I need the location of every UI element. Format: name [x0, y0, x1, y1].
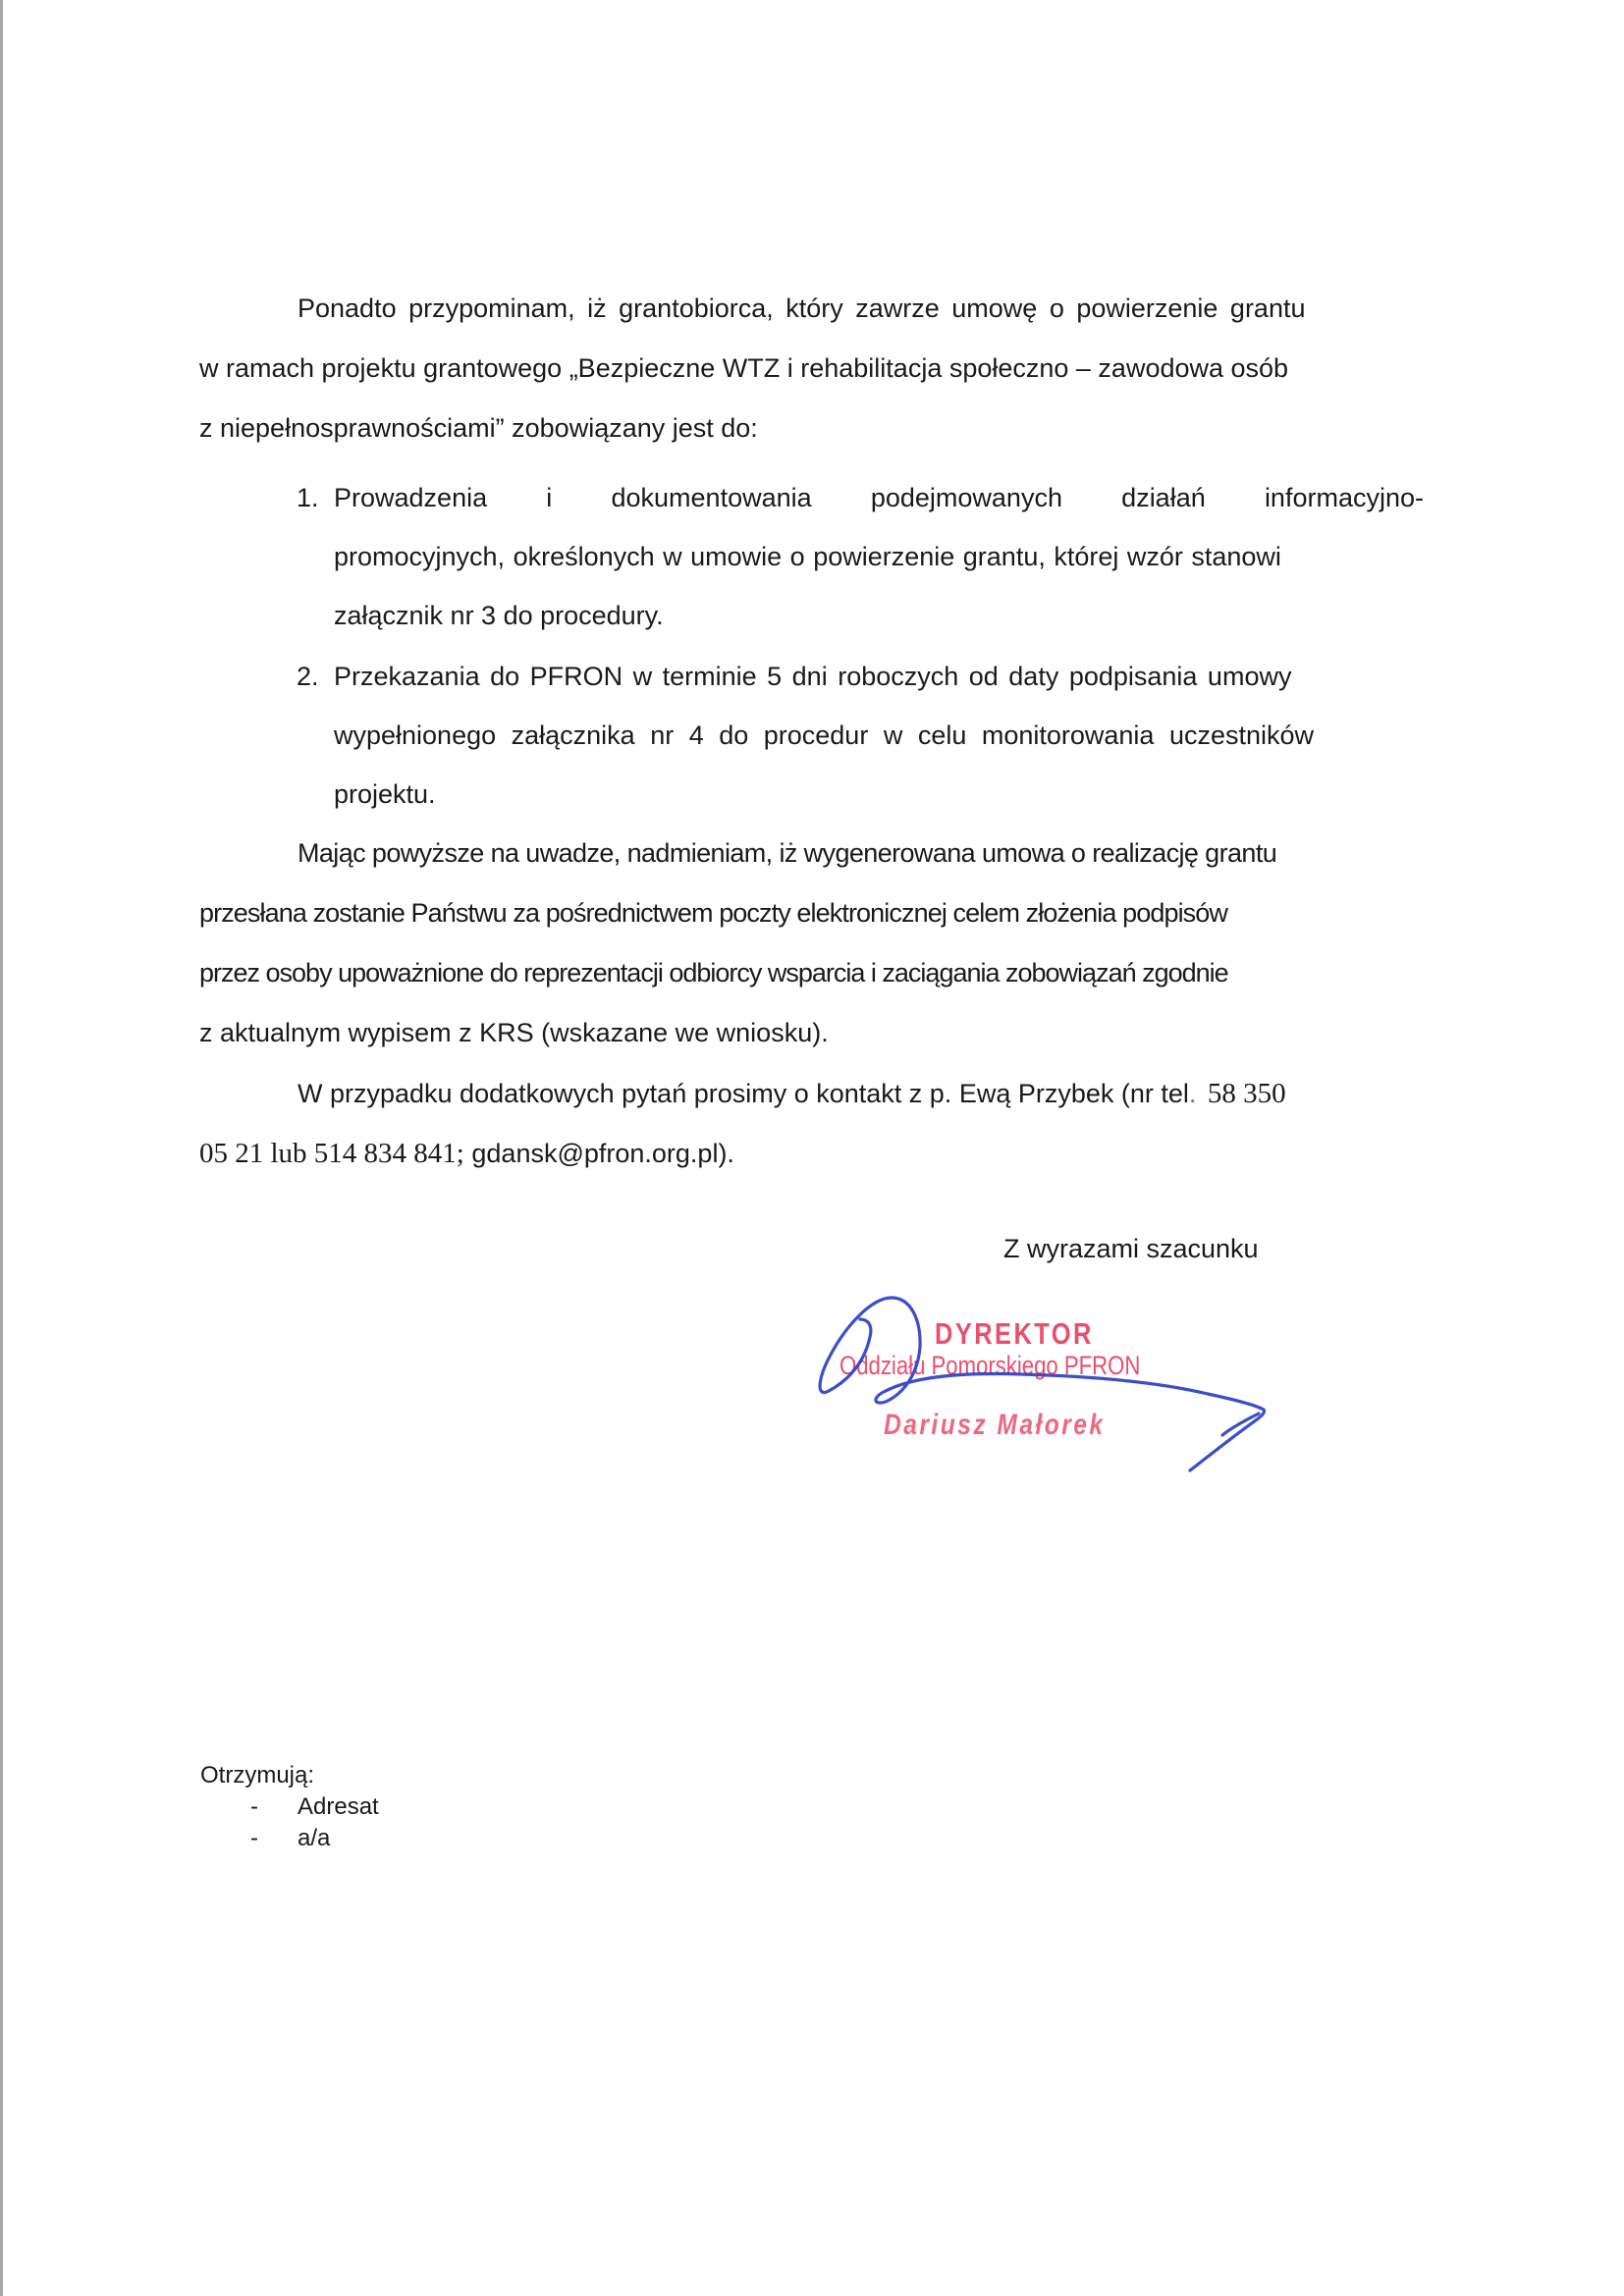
document-page: Ponadto przypominam, iż grantobiorca, kt…: [0, 0, 1624, 2296]
recipient-2-bullet: -: [250, 1827, 258, 1850]
recipients-label: Otrzymują:: [200, 1764, 314, 1788]
recipient-2-text: a/a: [298, 1827, 330, 1850]
handwritten-signature: [0, 0, 1624, 2296]
recipient-1-text: Adresat: [298, 1795, 379, 1819]
recipient-1-bullet: -: [250, 1795, 258, 1819]
